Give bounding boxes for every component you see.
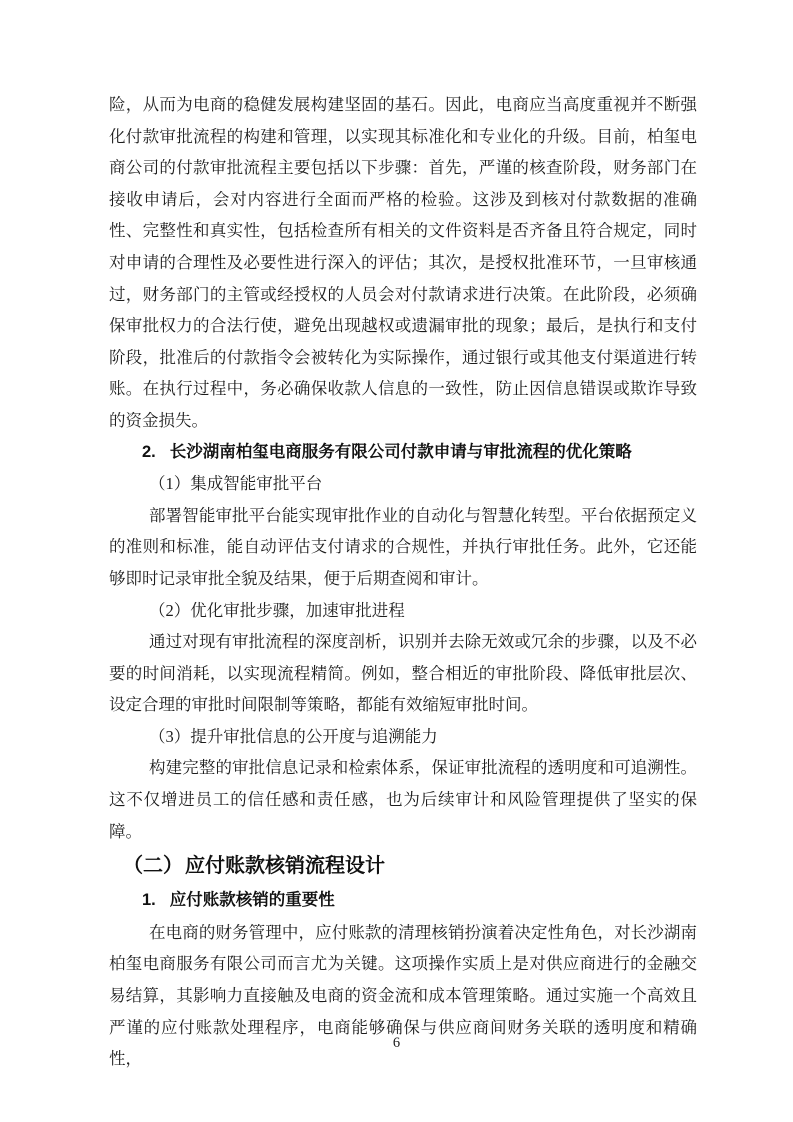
- heading-section-two-number: （二）: [123, 855, 183, 877]
- subheading-item-1: （1）集成智能审批平台: [109, 468, 697, 500]
- heading-section-two: （二）应付账款核销流程设计: [109, 847, 697, 885]
- heading-subsection-1: 1.应付账款核销的重要性: [109, 885, 697, 917]
- heading-section-2: 2.长沙湖南柏玺电商服务有限公司付款申请与审批流程的优化策略: [109, 437, 697, 469]
- subheading-item-2: （2）优化审批步骤，加速审批进程: [109, 595, 697, 627]
- paragraph-item-1: 部署智能审批平台能实现审批作业的自动化与智慧化转型。平台依据预定义的准则和标准，…: [109, 500, 697, 595]
- paragraph-item-2: 通过对现有审批流程的深度剖析，识别并去除无效或冗余的步骤，以及不必要的时间消耗，…: [109, 626, 697, 721]
- text-column: 险，从而为电商的稳健发展构建坚固的基石。因此，电商应当高度重视并不断强化付款审批…: [109, 89, 697, 1075]
- subheading-item-3: （3）提升审批信息的公开度与追溯能力: [109, 721, 697, 753]
- heading-section-2-title: 长沙湖南柏玺电商服务有限公司付款申请与审批流程的优化策略: [170, 443, 632, 461]
- page-number: 6: [0, 1033, 793, 1053]
- heading-section-two-title: 应付账款核销流程设计: [185, 855, 385, 877]
- paragraph-item-3: 构建完整的审批信息记录和检索体系，保证审批流程的透明度和可追溯性。这不仅增进员工…: [109, 752, 697, 847]
- heading-subsection-1-number: 1.: [142, 891, 156, 909]
- heading-subsection-1-title: 应付账款核销的重要性: [170, 891, 335, 909]
- document-page: 险，从而为电商的稳健发展构建坚固的基石。因此，电商应当高度重视并不断强化付款审批…: [0, 0, 793, 1122]
- paragraph-continuation: 险，从而为电商的稳健发展构建坚固的基石。因此，电商应当高度重视并不断强化付款审批…: [109, 89, 697, 437]
- heading-section-2-number: 2.: [142, 443, 156, 461]
